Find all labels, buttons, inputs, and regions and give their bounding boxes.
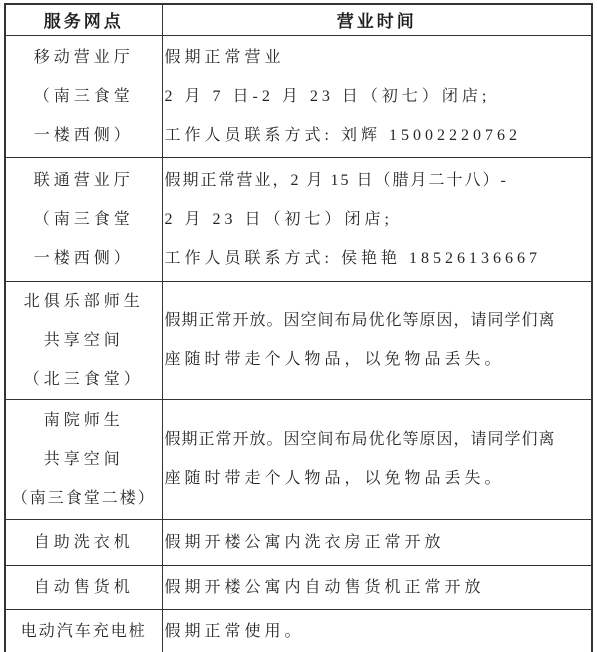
hours-line: 假期开楼公寓内自动售货机正常开放 (165, 568, 592, 607)
table-row: 自助洗衣机 假期开楼公寓内洗衣房正常开放 (5, 519, 592, 565)
hours-cell: 假期开楼公寓内洗衣房正常开放 (162, 519, 592, 565)
service-cell-ev-charging: 电动汽车充电桩 (5, 609, 162, 652)
column-header-service: 服务网点 (5, 4, 162, 35)
service-line: 电动汽车充电桩 (6, 612, 162, 651)
hours-line: 工作人员联系方式: 侯艳艳 18526136667 (165, 239, 592, 278)
service-line: 自动售货机 (6, 568, 162, 607)
service-line: （南三食堂二楼） (6, 479, 162, 518)
service-line: 一楼西侧） (6, 239, 162, 278)
notice-document: 服务网点 营业时间 移动营业厅 （南三食堂 一楼西侧） 假期正常营业 2 月 7… (0, 0, 597, 652)
service-line: （南三食堂 (6, 77, 162, 116)
hours-line: 假期开楼公寓内洗衣房正常开放 (165, 523, 592, 562)
service-line: 一楼西侧） (6, 116, 162, 155)
service-cell-north-club-space: 北俱乐部师生 共享空间 （北三食堂） (5, 281, 162, 399)
service-line: 共享空间 (6, 321, 162, 360)
service-line: （北三食堂） (6, 360, 162, 399)
hours-cell: 假期开楼公寓内自动售货机正常开放 (162, 565, 592, 609)
service-cell-mobile-hall: 移动营业厅 （南三食堂 一楼西侧） (5, 35, 162, 157)
service-line: （南三食堂 (6, 200, 162, 239)
hours-line: 2 月 7 日-2 月 23 日（初七）闭店; (165, 77, 592, 116)
service-line: 北俱乐部师生 (6, 282, 162, 321)
hours-line: 工作人员联系方式: 刘辉 15002220762 (165, 116, 592, 155)
table-row: 联通营业厅 （南三食堂 一楼西侧） 假期正常营业，2 月 15 日（腊月二十八）… (5, 157, 592, 281)
hours-line: 假期正常开放。因空间布局优化等原因，请同学们离 (165, 420, 592, 459)
hours-cell: 假期正常营业 2 月 7 日-2 月 23 日（初七）闭店; 工作人员联系方式:… (162, 35, 592, 157)
service-cell-south-yard-space: 南院师生 共享空间 （南三食堂二楼） (5, 399, 162, 519)
service-cell-laundry: 自助洗衣机 (5, 519, 162, 565)
service-line: 自助洗衣机 (6, 523, 162, 562)
hours-line: 假期正常营业，2 月 15 日（腊月二十八）- (165, 161, 592, 200)
hours-cell: 假期正常使用。 (162, 609, 592, 652)
table-row: 自动售货机 假期开楼公寓内自动售货机正常开放 (5, 565, 592, 609)
service-cell-unicom-hall: 联通营业厅 （南三食堂 一楼西侧） (5, 157, 162, 281)
hours-line: 假期正常开放。因空间布局优化等原因，请同学们离 (165, 301, 592, 340)
column-header-hours: 营业时间 (162, 4, 592, 35)
table-row: 北俱乐部师生 共享空间 （北三食堂） 假期正常开放。因空间布局优化等原因，请同学… (5, 281, 592, 399)
hours-cell: 假期正常开放。因空间布局优化等原因，请同学们离 座随时带走个人物品，以免物品丢失… (162, 399, 592, 519)
hours-line: 2 月 23 日（初七）闭店; (165, 200, 592, 239)
service-line: 共享空间 (6, 440, 162, 479)
hours-line: 假期正常使用。 (165, 612, 592, 651)
hours-line: 座随时带走个人物品，以免物品丢失。 (165, 340, 592, 379)
service-cell-vending: 自动售货机 (5, 565, 162, 609)
hours-cell: 假期正常开放。因空间布局优化等原因，请同学们离 座随时带走个人物品，以免物品丢失… (162, 281, 592, 399)
service-line: 南院师生 (6, 401, 162, 440)
hours-line: 假期正常营业 (165, 38, 592, 77)
service-line: 联通营业厅 (6, 161, 162, 200)
table-row: 电动汽车充电桩 假期正常使用。 (5, 609, 592, 652)
hours-cell: 假期正常营业，2 月 15 日（腊月二十八）- 2 月 23 日（初七）闭店; … (162, 157, 592, 281)
table-row: 南院师生 共享空间 （南三食堂二楼） 假期正常开放。因空间布局优化等原因，请同学… (5, 399, 592, 519)
hours-line: 座随时带走个人物品，以免物品丢失。 (165, 459, 592, 498)
service-hours-table: 服务网点 营业时间 移动营业厅 （南三食堂 一楼西侧） 假期正常营业 2 月 7… (4, 3, 593, 652)
service-line: 移动营业厅 (6, 38, 162, 77)
table-row: 移动营业厅 （南三食堂 一楼西侧） 假期正常营业 2 月 7 日-2 月 23 … (5, 35, 592, 157)
table-header-row: 服务网点 营业时间 (5, 4, 592, 35)
